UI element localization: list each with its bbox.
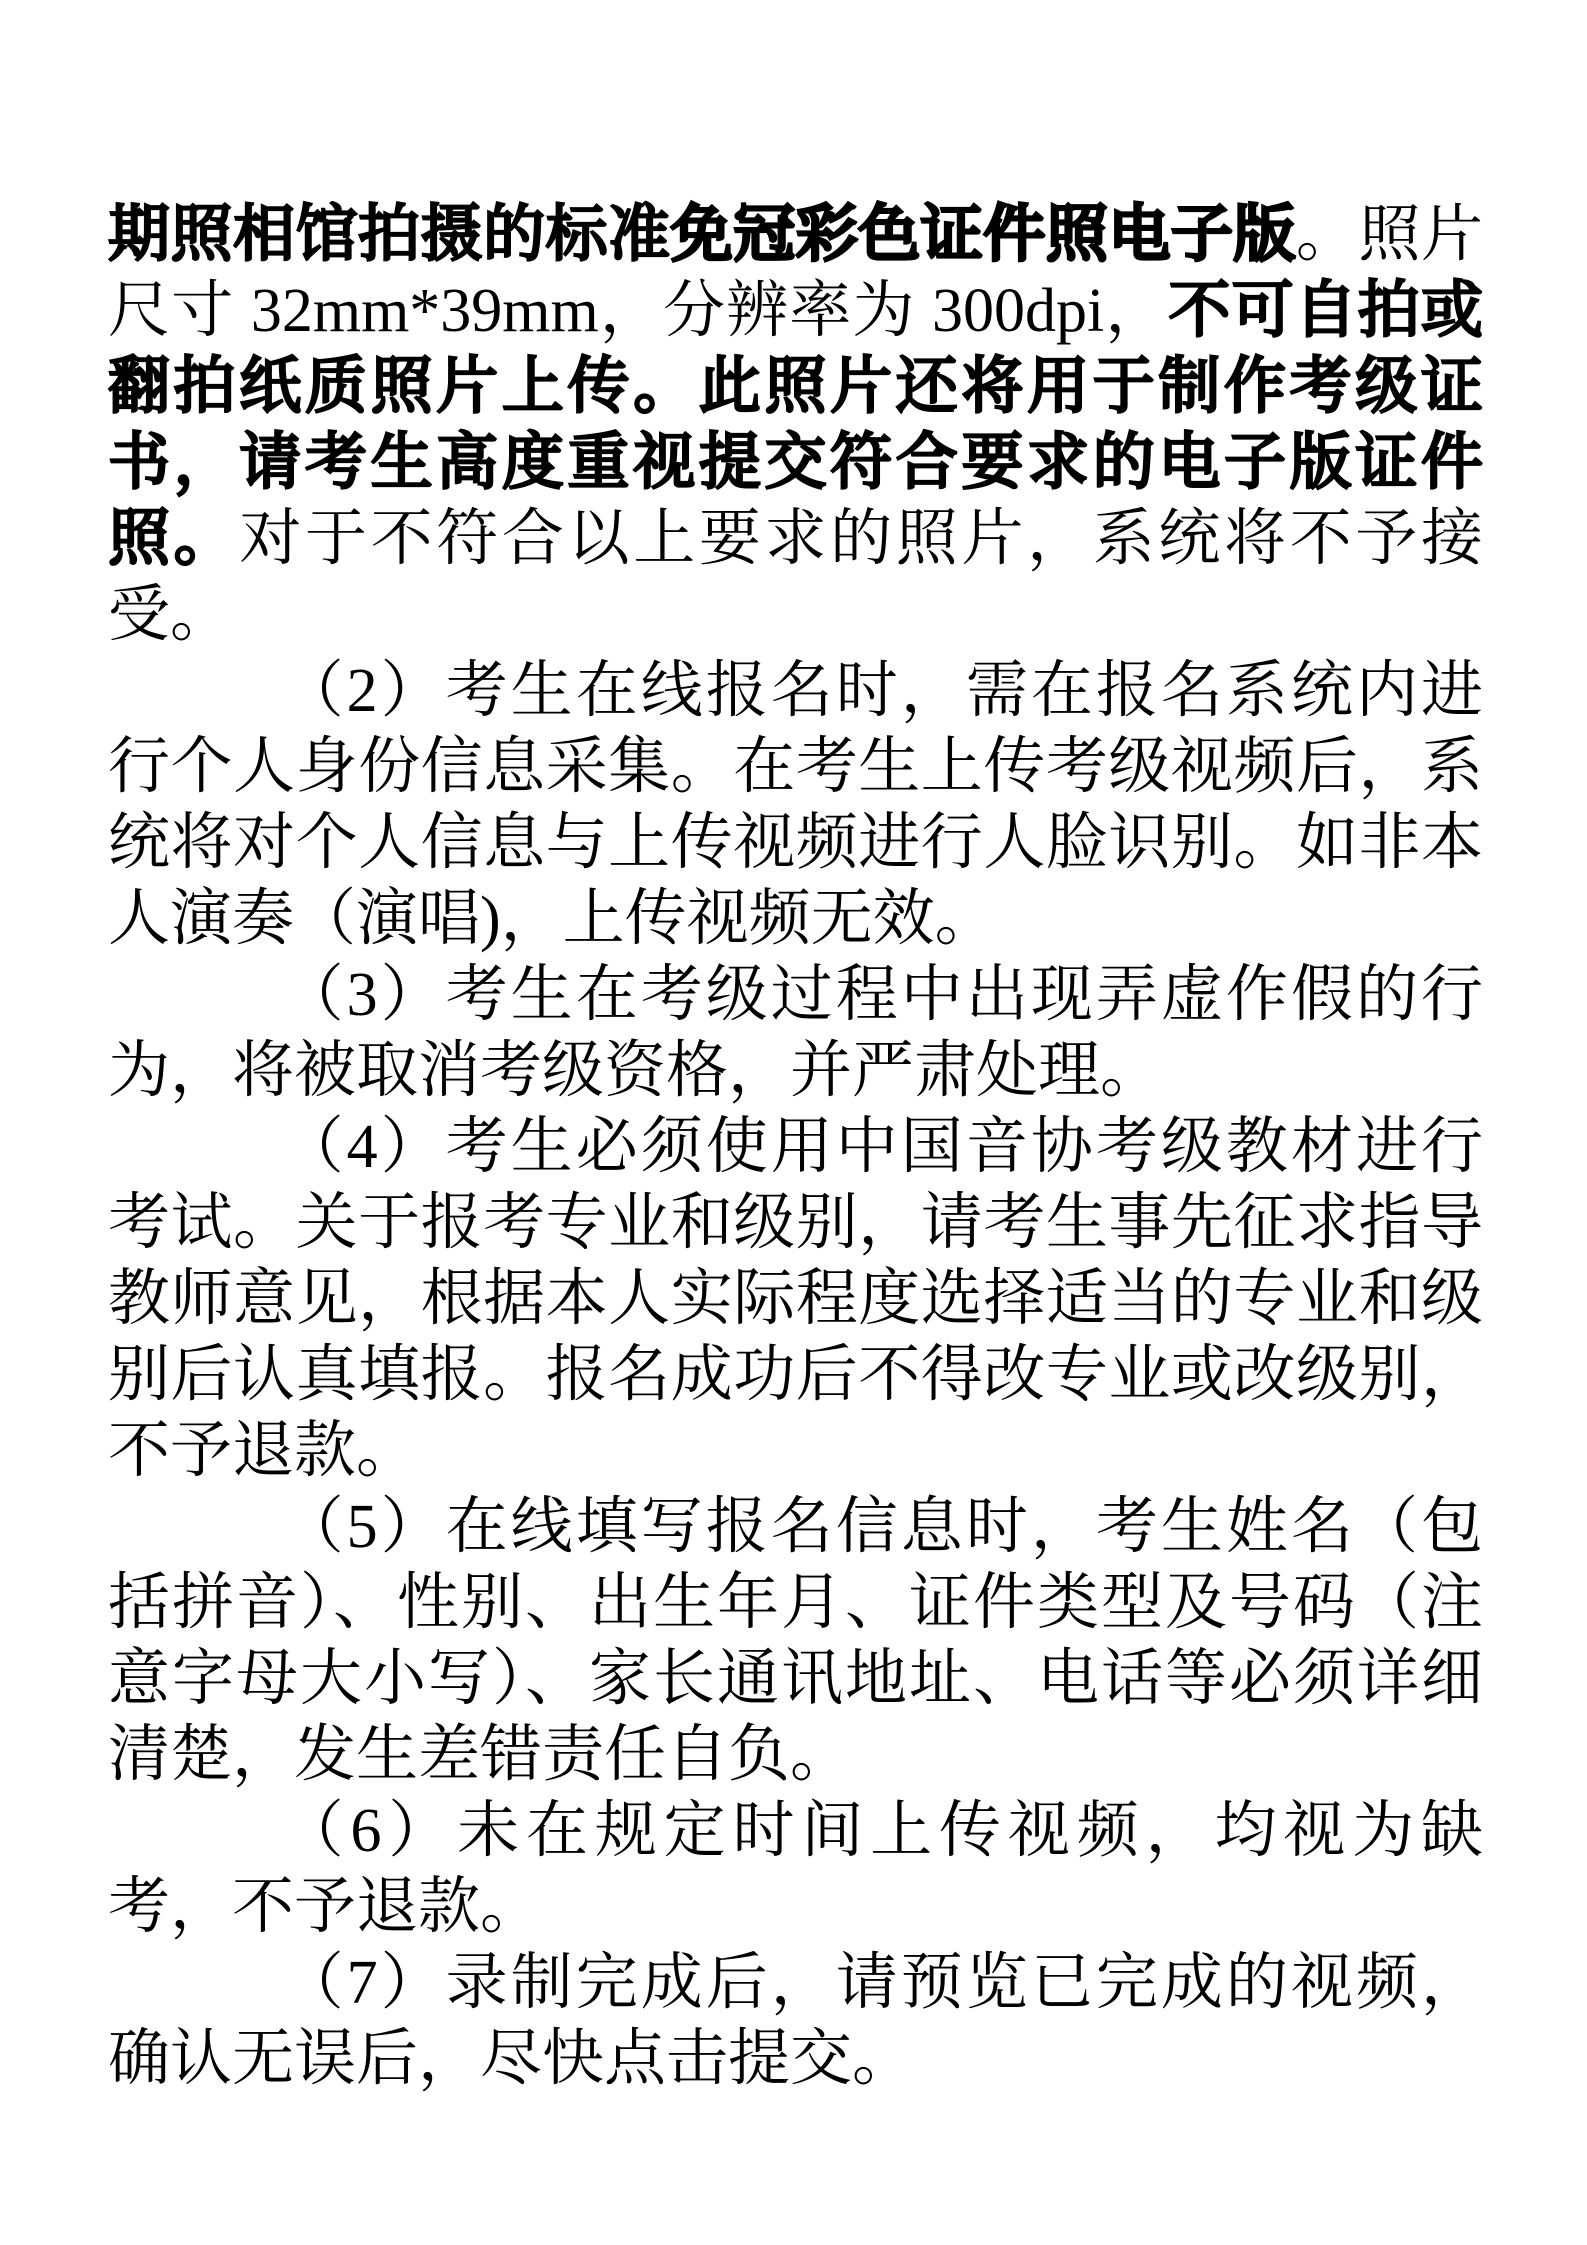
text-run-emphasis: 免冠彩色证件照电子版 — [671, 197, 1296, 270]
text-run: （6）未在规定时间上传视频，均视为缺考，不予退款。 — [108, 1797, 1483, 1941]
text-block: 期照相馆拍摄的标准免冠彩色证件照电子版。照片尺寸 32mm*39mm，分辨率为 … — [108, 196, 1483, 2097]
document-page: 期照相馆拍摄的标准免冠彩色证件照电子版。照片尺寸 32mm*39mm，分辨率为 … — [0, 0, 1587, 2245]
paragraph-item-5: （5）在线填写报名信息时，考生姓名（包括拼音）、性别、出生年月、证件类型及号码（… — [108, 1489, 1483, 1793]
text-run: （7）录制完成后，请预览已完成的视频，确认无误后，尽快点击提交。 — [108, 1949, 1483, 2093]
text-run: （3）考生在考级过程中出现弄虚作假的行为，将被取消考级资格，并严肃处理。 — [108, 961, 1483, 1105]
text-run: （4）考生必须使用中国音协考级教材进行考试。关于报考专业和级别，请考生事先征求指… — [108, 1113, 1483, 1485]
text-run: （2）考生在线报名时，需在报名系统内进行个人身份信息采集。在考生上传考级视频后，… — [108, 657, 1483, 953]
text-run: 期照相馆拍摄的标准 — [108, 201, 671, 269]
text-run: 对于不符合以上要求的照片，系统将不予接受。 — [108, 505, 1483, 649]
paragraph-item-3: （3）考生在考级过程中出现弄虚作假的行为，将被取消考级资格，并严肃处理。 — [108, 957, 1483, 1109]
paragraph-photo-requirements: 期照相馆拍摄的标准免冠彩色证件照电子版。照片尺寸 32mm*39mm，分辨率为 … — [108, 196, 1483, 653]
paragraph-item-2: （2）考生在线报名时，需在报名系统内进行个人身份信息采集。在考生上传考级视频后，… — [108, 653, 1483, 957]
paragraph-item-4: （4）考生必须使用中国音协考级教材进行考试。关于报考专业和级别，请考生事先征求指… — [108, 1109, 1483, 1489]
paragraph-item-6: （6）未在规定时间上传视频，均视为缺考，不予退款。 — [108, 1793, 1483, 1945]
text-run: （5）在线填写报名信息时，考生姓名（包括拼音）、性别、出生年月、证件类型及号码（… — [108, 1493, 1483, 1789]
paragraph-item-7: （7）录制完成后，请预览已完成的视频，确认无误后，尽快点击提交。 — [108, 1945, 1483, 2097]
